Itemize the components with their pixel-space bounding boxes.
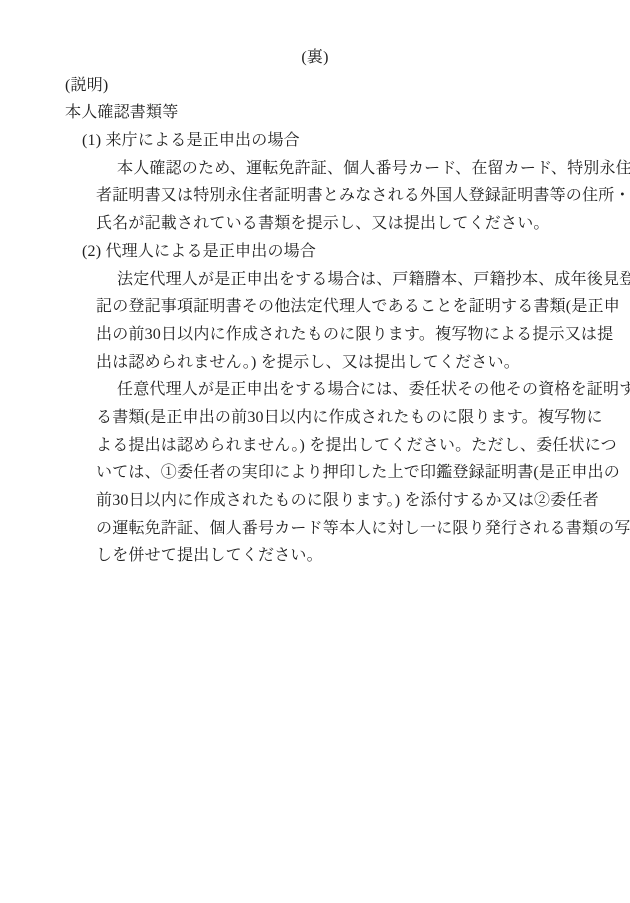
doc-line: 出の前30日以内に作成されたものに限ります。複写物による提示又は提: [63, 321, 546, 349]
doc-line: 出は認められません。) を提示し、又は提出してください。: [63, 349, 546, 377]
doc-line-section-title: 本人確認書類等: [63, 99, 546, 127]
doc-line: いては、①委任者の実印により押印した上で印鑑登録証明書(是正申出の: [63, 459, 546, 487]
doc-line: る書類(是正申出の前30日以内に作成されたものに限ります。複写物に: [63, 404, 546, 432]
doc-line: 法定代理人が是正申出をする場合は、戸籍謄本、戸籍抄本、成年後見登: [63, 266, 546, 294]
doc-line-item2-heading: (2) 代理人による是正申出の場合: [63, 238, 546, 266]
page-side-label: (裏): [63, 44, 567, 72]
doc-line: 記の登記事項証明書その他法定代理人であることを証明する書類(是正申: [63, 293, 546, 321]
document-page: (裏) (説明) 本人確認書類等 (1) 来庁による是正申出の場合 本人確認のた…: [0, 0, 630, 903]
doc-line: 前30日以内に作成されたものに限ります。) を添付するか又は②委任者: [63, 487, 546, 515]
doc-line-item1-heading: (1) 来庁による是正申出の場合: [63, 127, 546, 155]
doc-line: の運転免許証、個人番号カード等本人に対し一に限り発行される書類の写: [63, 515, 546, 543]
doc-line: よる提出は認められません。) を提出してください。ただし、委任状につ: [63, 432, 546, 460]
doc-line: 任意代理人が是正申出をする場合には、委任状その他その資格を証明す: [63, 376, 546, 404]
doc-line: しを併せて提出してください。: [63, 542, 546, 570]
doc-line-explanation-label: (説明): [63, 72, 546, 100]
doc-line: 本人確認のため、運転免許証、個人番号カード、在留カード、特別永住: [63, 155, 546, 183]
document-body: (裏) (説明) 本人確認書類等 (1) 来庁による是正申出の場合 本人確認のた…: [0, 0, 630, 570]
doc-line: 者証明書又は特別永住者証明書とみなされる外国人登録証明書等の住所・: [63, 182, 546, 210]
doc-line: 氏名が記載されている書類を提示し、又は提出してください。: [63, 210, 546, 238]
